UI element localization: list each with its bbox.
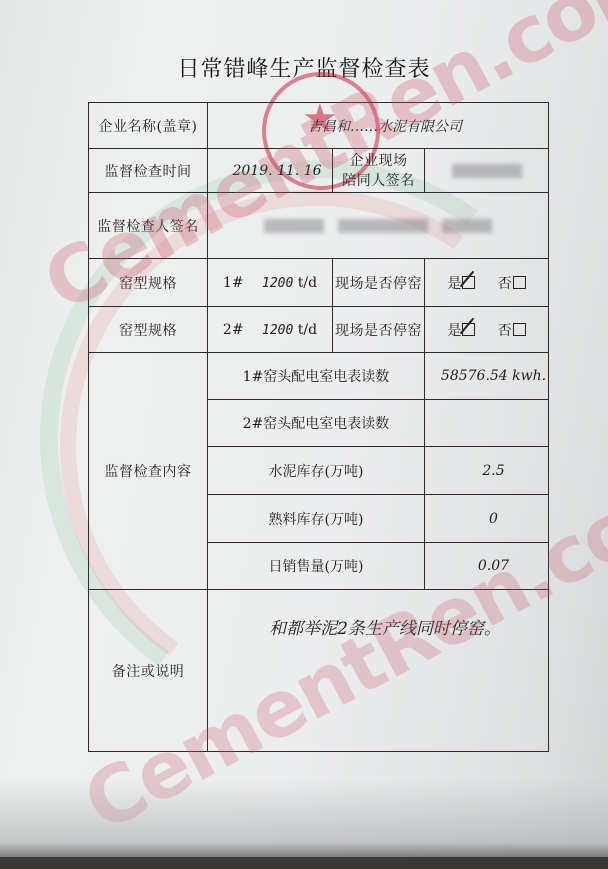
kiln1-unit: t/d: [298, 275, 317, 291]
row-kiln2: 窑型规格 2# 1200 t/d 现场是否停窑 是 否: [89, 307, 549, 353]
remarks-value: 和都举泥2条生产线同时停窑。: [208, 590, 549, 752]
photo-shadow: [0, 779, 608, 869]
inspection-content-label: 监督检查内容: [89, 353, 208, 590]
kiln2-unit: t/d: [298, 322, 317, 338]
kiln1-capacity: 1200: [248, 276, 293, 291]
remarks-label: 备注或说明: [89, 590, 208, 752]
escort-signature-value: [425, 149, 549, 193]
row-kiln1: 窑型规格 1# 1200 t/d 现场是否停窑 是 否: [89, 259, 549, 307]
inspector-signature-value: [208, 193, 549, 259]
content-item-value: 58576.54 kwh.: [425, 353, 549, 400]
kiln1-label: 窑型规格: [89, 259, 208, 307]
content-item-label: 水泥库存(万吨): [208, 447, 425, 495]
company-name-value: 吉昌和……水泥有限公司: [208, 103, 549, 149]
kiln1-spec: 1# 1200 t/d: [208, 259, 333, 307]
inspection-time-label: 监督检查时间: [89, 149, 208, 193]
escort-label: 企业现场 陪同人签名: [333, 149, 425, 193]
kiln2-yes-label: 是: [447, 323, 461, 339]
kiln2-shutdown-label: 现场是否停窑: [333, 307, 425, 353]
escort-label-line2: 陪同人签名: [333, 171, 424, 191]
photo-edge: [0, 857, 608, 869]
kiln1-number: 1#: [223, 275, 244, 291]
inspection-time-value: 2019. 11. 16: [208, 149, 333, 193]
redacted-signature: [452, 164, 522, 178]
content-item-label: 熟料库存(万吨): [208, 495, 425, 543]
row-remarks: 备注或说明 和都举泥2条生产线同时停窑。: [89, 590, 549, 752]
row-inspector-signature: 监督检查人签名: [89, 193, 549, 259]
content-item-value: 0.07: [425, 543, 549, 590]
inspector-signature-label: 监督检查人签名: [89, 193, 208, 259]
kiln2-capacity: 1200: [248, 323, 293, 338]
kiln2-label: 窑型规格: [89, 307, 208, 353]
redacted-signature: [338, 219, 428, 233]
kiln1-no-label: 否: [498, 276, 512, 292]
redacted-signature: [264, 219, 324, 233]
redacted-signature: [442, 219, 492, 233]
content-item-label: 2#窑头配电室电表读数: [208, 400, 425, 447]
kiln1-shutdown-label: 现场是否停窑: [333, 259, 425, 307]
row-company-name: 企业名称(盖章) 吉昌和……水泥有限公司: [89, 103, 549, 149]
kiln2-number: 2#: [223, 322, 244, 338]
kiln2-spec: 2# 1200 t/d: [208, 307, 333, 353]
kiln2-no-checkbox[interactable]: [513, 323, 526, 336]
content-item-value: 0: [425, 495, 549, 543]
kiln1-yes-label: 是: [447, 276, 461, 292]
escort-label-line1: 企业现场: [333, 151, 424, 171]
kiln2-no-label: 否: [498, 323, 512, 339]
content-item-label: 1#窑头配电室电表读数: [208, 353, 425, 400]
kiln1-shutdown-options: 是 否: [425, 259, 549, 307]
row-inspection-time: 监督检查时间 2019. 11. 16 企业现场 陪同人签名: [89, 149, 549, 193]
company-name-label: 企业名称(盖章): [89, 103, 208, 149]
kiln2-yes-checkbox[interactable]: [462, 323, 475, 336]
kiln1-no-checkbox[interactable]: [513, 276, 526, 289]
content-item-value: [425, 400, 549, 447]
kiln2-shutdown-options: 是 否: [425, 307, 549, 353]
row-content-item: 监督检查内容 1#窑头配电室电表读数 58576.54 kwh.: [89, 353, 549, 400]
content-item-label: 日销售量(万吨): [208, 543, 425, 590]
inspection-form-table: 企业名称(盖章) 吉昌和……水泥有限公司 监督检查时间 2019. 11. 16…: [88, 102, 549, 752]
content-item-value: 2.5: [425, 447, 549, 495]
kiln1-yes-checkbox[interactable]: [462, 276, 475, 289]
